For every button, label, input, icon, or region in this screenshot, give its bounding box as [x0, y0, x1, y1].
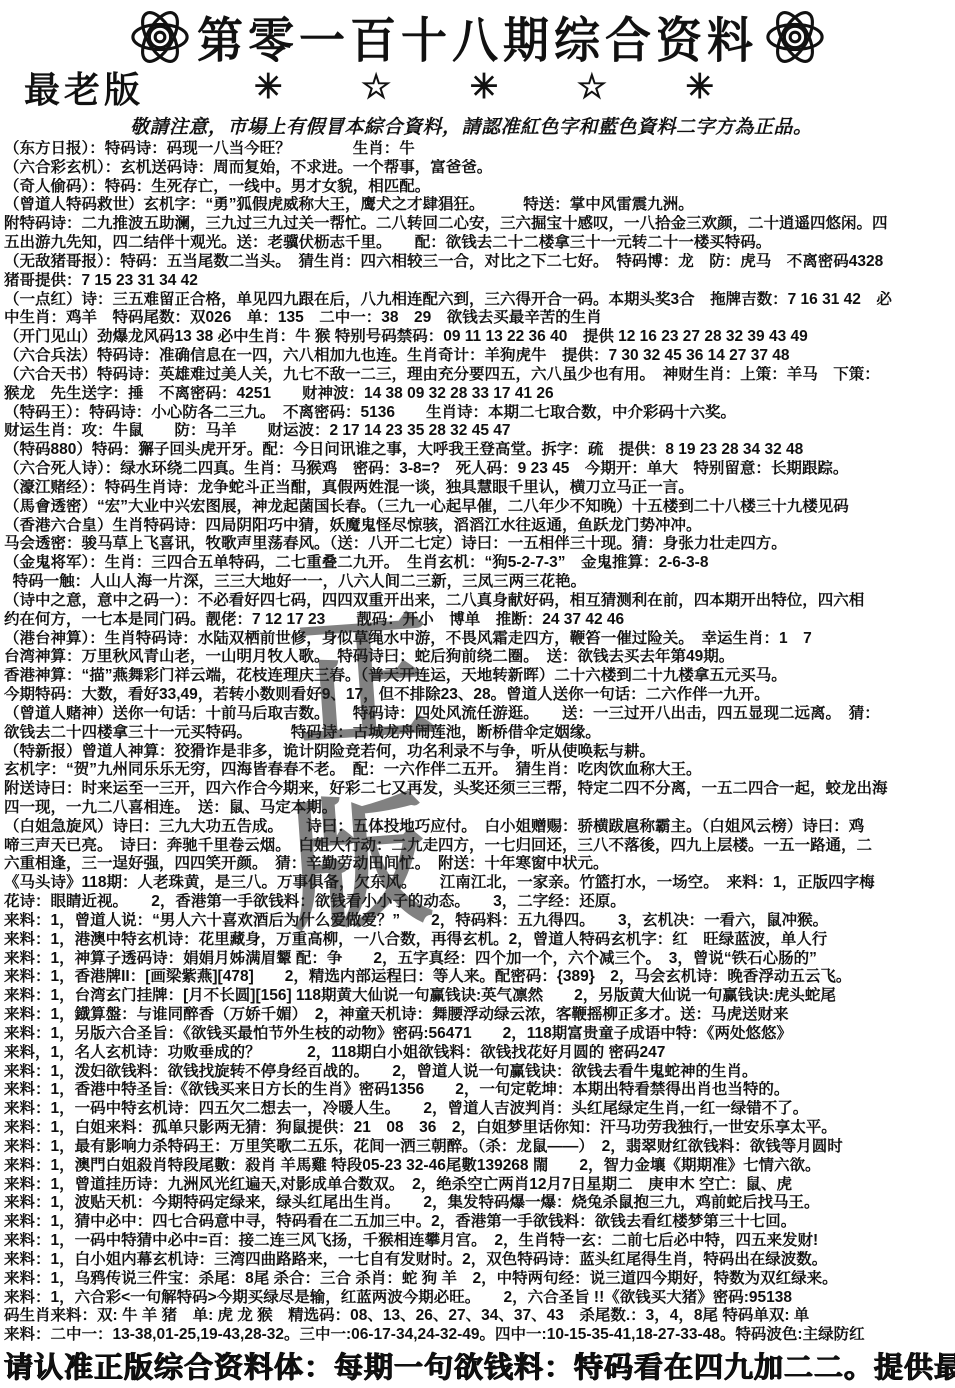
page-footer: 请认准正版综合资料体：每期一句欲钱料：特码看在四九加二二。 提供最佳尾数2: [4, 1344, 947, 1386]
text-line: （奇人偷码）：特码：生死存亡，一线中。男才女貌，相匹配。: [4, 178, 955, 197]
text-line: （金鬼将军）：生肖：三四合五单特码，二七重叠二九开。 生肖玄机：“狗5-2-7-…: [4, 554, 955, 573]
text-line: 来料：1，香港中特圣旨:《欲钱买来日方长的生肖》密码1356 2，一句定乾坤：本…: [4, 1081, 955, 1100]
text-line: （曾道人特码救世）玄机字：“勇”狐假虎威称大王，鹰犬之才肆猖狂。 特送：掌中风雷…: [4, 196, 955, 215]
text-line: （濠江赌经）：特码生肖诗：龙争蛇斗正当酣，真假两姓混一谈，独具慧眼千里认，横刀立…: [4, 479, 955, 498]
text-line: （香港六合皇）生肖特码诗：四局阴阳巧中猜，妖魔鬼怪尽惊骇，滔滔江水往返通，鱼跃龙…: [4, 517, 955, 536]
text-line: 四一现，一九二八喜相连。 送：鼠、马定本期。: [4, 799, 955, 818]
text-line: 猴龙 先生送字：捶 不离密码：4251 财神波：14 38 09 32 28 3…: [4, 385, 955, 404]
text-line: （六合彩玄机）：玄机送码诗：周而复始，不求进。一个帮事，富爸爸。: [4, 159, 955, 178]
rosette-seal-icon-right: [764, 6, 826, 68]
text-line: 台湾神算：万里秋风青山老，一山明月牧人歌。 特码诗曰：蛇后狗前绕二圈。 送：欲钱…: [4, 648, 955, 667]
star-icon: ☆: [361, 70, 391, 104]
text-line: （港台神算）：生肖特码诗：水陆双栖前世修，身似草绳水中游，不畏风霜走四方，鞭笞一…: [4, 630, 955, 649]
text-line: （诗中之意，意中之码一）：不必看好四七码，四四双重开出来，二八真身献好码，相互猜…: [4, 592, 955, 611]
text-line: （馬會透密）“宏”大业中兴宏图展，神龙起菌国长春。（三九一心起早催，二八年少不知…: [4, 498, 955, 517]
star-icon: ✳: [254, 70, 283, 104]
text-line: （白姐急旋风）诗曰：三九大功五告成。 诗曰：五体投地巧应付。 白小姐赠赐：骄横跋…: [4, 818, 955, 837]
text-line: 特码一触：人山人海一片深，三三大地好一一，八六人间二三新，三凤三两三花艳。: [4, 573, 955, 592]
star-icon: ☆: [577, 70, 607, 104]
text-line: （六合天书）特码诗：英雄难过美人关，九七不敌一二三，理由充分要四五，六八虽少也有…: [4, 366, 955, 385]
text-line: 约在何方，一七本是同门码。靓佬：7 12 17 23 靓码：开小 博单 推断：2…: [4, 611, 955, 630]
text-line: （一点红）诗：三五难留正合格，单见四九跟在后，八九相连配六到，三六得开合一码。本…: [4, 291, 955, 310]
content-lines: （东方日报）：特码诗：码现一八当今旺？ 生肖：牛（六合彩玄机）：玄机送码诗：周而…: [4, 140, 955, 1345]
text-line: 来料：1，猜中必中：四七合码意中寻，特码看在二五加三中。2，香港第一手欲钱料：欲…: [4, 1213, 955, 1232]
text-line: 来料：1，曾道人说：“男人六十喜欢酒后为什么爱做爱？” 2，特码料：五九得四。 …: [4, 912, 955, 931]
tip-sheet-page: 第零一百十八期综合资料 最老版 ✳☆✳☆✳ 敬請注意，市場上有假冒本綜合資料，請…: [0, 0, 955, 1388]
text-line: 玄机字：“贺”九州同乐乐无穷，四海皆春春不老。 配：一六作伴二五开。 猜生肖：吃…: [4, 761, 955, 780]
text-line: 六重相逢，三一逞好强，四四笑开颜。 猜：辛勤劳动田间忙。 附送：十年寒窗中状元。: [4, 855, 955, 874]
text-line: 来料：1，一码中特玄机诗：四五欠二想去一，冷暖人生。 2，曾道人吉波判肖：头红尾…: [4, 1100, 955, 1119]
text-line: 来料：1，最有影响力杀特码王：万里笑歌二五乐，花间一洒三朝醉。（杀：龙鼠——） …: [4, 1138, 955, 1157]
text-line: 《马头诗》118期：人老珠黄，是三八。万事俱备，欠东风。 江南江北，一家亲。竹篮…: [4, 874, 955, 893]
text-line: 来料：1，曾道挂历诗：九洲风光红遍天,对影成单合数双。 2，绝杀空亡两肖12月7…: [4, 1176, 955, 1195]
text-line: （六合死人诗）：绿水环绕二四真。生肖：马猴鸡 密码：3-8=? 死人码：9 23…: [4, 460, 955, 479]
text-line: 来料：1，一码中特猜中必中=百：接二连三风飞扬，千猴相连攀月宫。 2，生肖特一玄…: [4, 1232, 955, 1251]
star-icon: ✳: [470, 70, 499, 104]
text-line: 来料：1，神算子透码诗：娟娟月姊满眉颦 配：争 2，五字真经：四个加一个，六个减…: [4, 950, 955, 969]
text-line: 花诗：眼睛近视。 2，香港第一手欲钱料：欲钱看小小子的动态。 3，二字经：还原。: [4, 893, 955, 912]
text-line: 来料：1，港澳中特玄机诗：花里藏身，万重高柳，一八合数，再得玄机。2，曾道人特码…: [4, 931, 955, 950]
text-line: 来料：1，波贴天机：今期特码定绿来，绿头红尾出生肖。 2，集发特码爆一爆：烧兔杀…: [4, 1194, 955, 1213]
text-line: 来料：1，澳門白姐殺肖特段尾數：殺肖 羊馬雞 特段05-23 32-46尾數13…: [4, 1157, 955, 1176]
text-line: 啼三声天已亮。 诗曰：奔驰千里卷云烟。 白姐大行动：二九走四方，一七归回还，三八…: [4, 837, 955, 856]
text-line: 来料：1，乌鸦传说三件宝：杀尾：8尾 杀合：三合 杀肖：蛇 狗 羊 2，中特两句…: [4, 1270, 955, 1289]
text-line: 猪哥提供：7 15 23 31 34 42: [4, 272, 955, 291]
text-line: 欲钱去二十四楼拿三十一元买特码。 特码诗：古城龙舟闹莲池，断桥借伞定姻缘。: [4, 724, 955, 743]
text-line: （东方日报）：特码诗：码现一八当今旺？ 生肖：牛: [4, 140, 955, 159]
page-title: 第零一百十八期综合资料: [197, 2, 758, 71]
page-header: 第零一百十八期综合资料: [0, 4, 955, 70]
text-line: 来料：二中一：13-38,01-25,19-43,28-32。三中一:06-17…: [4, 1326, 955, 1345]
text-line: 财运生肖：攻：牛鼠 防：马羊 财运波：2 17 14 23 35 28 32 4…: [4, 422, 955, 441]
text-line: （六合兵法）特码诗：准确信息在一四，六八相加九也连。生肖奇计：羊狗虎牛 提供：7…: [4, 347, 955, 366]
text-line: 五出游九先知，四二结伴十观光。送：老骥伏枥志千里。 配：欲钱去二十二楼拿三十一元…: [4, 234, 955, 253]
text-line: 附特码诗：二九推波五助澜，三九过三九过关一帮忙。二八转回二心安，三六掘宝十感叹，…: [4, 215, 955, 234]
text-line: 来料：1，另版六合圣旨：《欲钱买最怕节外生枝的动物》密码:56471 2，118…: [4, 1025, 955, 1044]
text-line: （特码880）特码：獬子回头虎开牙。配：今日问讯谁之事，大呼我王登高堂。拆字：疏…: [4, 441, 955, 460]
text-line: （无敌猪哥报）：特码：五当尾数二当头。 猜生肖：四六相较三一合，对比之下二七好。…: [4, 253, 955, 272]
anti-counterfeit-notice: 敬請注意，市場上有假冒本綜合資料，請認准紅色字和藍色資料二字方為正品。: [130, 112, 915, 139]
edition-label: 最老版: [24, 62, 144, 113]
text-line: 来料：1，鐡算盤：与谁同醉香（万娇千媚） 2，神童天机诗：舞腰浮动绿云浓，客鞭摇…: [4, 1006, 955, 1025]
text-line: 来料：1，白姐来料：孤单只影两无猜：狗鼠提供：21 08 36 2，白姐梦里话你…: [4, 1119, 955, 1138]
rosette-seal-icon-left: [129, 6, 191, 68]
text-line: 今期特码：大数，看好33,49，若转小数则看好9、17，但不排除23、28。曾道…: [4, 686, 955, 705]
text-line: 码生肖来料：双: 牛 羊 猪 单: 虎 龙 猴 精选码：08、13、26、27、…: [4, 1307, 955, 1326]
text-line: 中生肖：鸡羊 特码尾数：双026 单：135 二中一：38 29 欲钱去买最辛苦…: [4, 309, 955, 328]
text-line: （特码王）：特码诗：小心防各二三九。 不离密码：5136 生肖诗：本期二七取合数…: [4, 404, 955, 423]
text-line: 马会透密：骏马草上飞喜讯，牧歌声里荡春风。（送：八开二七定）诗曰：一五相伴三十现…: [4, 535, 955, 554]
text-line: 来料，1，名人玄机诗：功败垂成的？ 2，118期白小姐欲钱料：欲钱找花好月圆的 …: [4, 1044, 955, 1063]
text-line: （曾道人赌神）送你一句话：十前马后取吉数。 特码诗：四处风流任游逛。 送：一三过…: [4, 705, 955, 724]
text-line: 来料：1，白小姐内幕玄机诗：三湾四曲路路来，一七自有发财时。2，双色特码诗：蓝头…: [4, 1251, 955, 1270]
text-line: 来料：1，泼妇欲钱料：欲钱找旋转不停身经百战的。 2，曾道人说一句赢钱诀：欲钱去…: [4, 1063, 955, 1082]
star-row: ✳☆✳☆✳: [254, 70, 714, 104]
text-line: 来料：1，香港牌II：[画梁紫燕][478] 2，精选内部运程曰：等人来。配密码…: [4, 968, 955, 987]
footer-best-tail: 提供最佳尾数2: [874, 1345, 955, 1386]
footer-slogan: 请认准正版综合资料体：每期一句欲钱料：特码看在四九加二二。: [4, 1345, 874, 1386]
star-icon: ✳: [685, 70, 714, 104]
edition-row: 最老版 ✳☆✳☆✳: [24, 64, 724, 110]
text-line: 附送诗曰：时来运至一三开，四六作合今期来，好彩二七又再发，头奖还须三三帮，特定二…: [4, 780, 955, 799]
text-line: （特新报）曾道人神算：狡猾诈是非多，诡计阴险竞若何，功名利录不与争，听从使唤耘与…: [4, 743, 955, 762]
text-line: 来料：1，台湾玄门挂牌：[月不长圆][156] 118期黄大仙说一句赢钱诀:英气…: [4, 987, 955, 1006]
text-line: 香港神算：“描”燕舞彩门祥云端，花枝连理庆三春。（普天开连运，天地转新晖）二十六…: [4, 667, 955, 686]
text-line: （开门见山）劲爆龙风码13 38 必中生肖：牛 猴 特别号码禁码：09 11 1…: [4, 328, 955, 347]
text-line: 来料：1，六合彩<一句解特码>今期买绿尽是输，红蓝两波今期必旺。 2，六合圣旨 …: [4, 1289, 955, 1308]
